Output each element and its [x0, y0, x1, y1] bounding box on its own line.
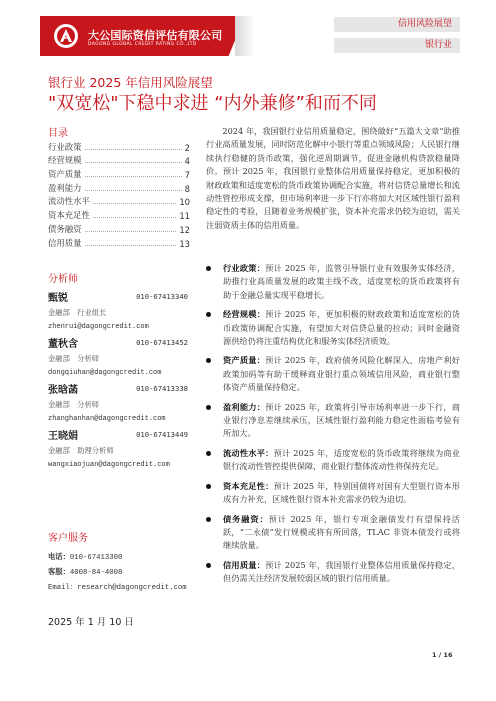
bullet-icon: [206, 405, 211, 410]
toc-label: 债务融资: [48, 223, 82, 235]
highlight-item: 资本充足性：预计 2025 年，特别国债将对国有大型银行资本形成有力补充，区域性…: [206, 480, 460, 507]
bullet-icon: [206, 451, 211, 456]
toc-item[interactable]: 行业政策2: [48, 139, 190, 153]
highlight-label: 资本充足性：: [223, 481, 274, 491]
analyst-card: 甄锐 010-67413340 金融部 行业组长 zhenrui@dagongc…: [48, 289, 188, 331]
analyst-card: 王晓娟 010-67413449 金融部 助理分析师 wangxiaojuan@…: [48, 427, 188, 469]
analyst-card: 董秋含 010-67413452 金融部 分析师 dongqiuhan@dago…: [48, 335, 188, 377]
bullet-icon: [206, 563, 211, 568]
toc-label: 行业政策: [48, 141, 82, 153]
highlight-item: 经营规模：预计 2025 年，更加积极的财政政策和适度宽松的货币政策协调配合实施…: [206, 308, 460, 348]
toc-page: 10: [179, 197, 190, 207]
highlight-label: 经营规模：: [223, 309, 265, 319]
highlight-label: 信用质量：: [223, 560, 265, 570]
company-name-cn: 大公国际资信评估有限公司: [88, 27, 222, 43]
toc-item[interactable]: 资产质量7: [48, 166, 190, 180]
toc-item[interactable]: 债务融资12: [48, 221, 190, 235]
highlight-item: 行业政策：预计 2025 年，监管引导银行业有效服务实体经济，助推行业高质量发展…: [206, 262, 460, 302]
toc-label: 盈利能力: [48, 182, 82, 194]
intro-paragraph: 2024 年，我国银行业信用质量稳定，围绕做好“五篇大文章”助推行业高质量发展，…: [206, 125, 460, 232]
toc-page: 8: [185, 184, 190, 194]
toc-item[interactable]: 流动性水平10: [48, 194, 190, 208]
toc-item[interactable]: 资本充足性11: [48, 207, 190, 221]
report-title: "双宽松"下稳中求进 “内外兼修”和而不同: [48, 89, 377, 115]
analyst-dept: 金融部 助理分析师: [48, 446, 188, 456]
analyst-name: 王晓娟: [48, 427, 78, 442]
analyst-dept: 金融部 行业组长: [48, 308, 188, 318]
service-hotline-row: 客服：4008-84-4008: [48, 565, 187, 580]
toc-page: 7: [185, 170, 190, 180]
toc-leader: [85, 231, 177, 232]
analyst-name: 董秋含: [48, 335, 78, 350]
highlight-label: 流动性水平：: [223, 448, 274, 458]
highlight-label: 资产质量：: [223, 355, 265, 365]
toc-leader: [93, 203, 176, 204]
analyst-phone: 010-67413338: [136, 384, 188, 393]
toc-label: 流动性水平: [48, 195, 90, 207]
toc-leader: [93, 217, 176, 218]
report-type-tag: 信用风险展望: [334, 17, 460, 32]
toc-leader: [85, 162, 182, 163]
analyst-dept: 金融部 分析师: [48, 400, 188, 410]
toc-item[interactable]: 经营规模4: [48, 153, 190, 167]
highlight-item: 流动性水平：预计 2025 年，适度宽松的货币政策将继续为商业银行流动性管控提供…: [206, 447, 460, 474]
highlight-label: 盈利能力：: [223, 402, 265, 412]
toc-page: 12: [179, 225, 190, 235]
toc-page: 13: [179, 239, 190, 249]
highlights-list: 行业政策：预计 2025 年，监管引导银行业有效服务实体经济，助推行业高质量发展…: [206, 262, 460, 592]
bullet-icon: [206, 312, 211, 317]
report-date: 2025 年 1 月 10 日: [48, 614, 134, 628]
banner-fade: [235, 16, 255, 56]
analyst-name: 张晗菡: [48, 381, 78, 396]
bullet-icon: [206, 484, 211, 489]
toc-leader: [85, 149, 182, 150]
analyst-email[interactable]: dongqiuhan@dagongcredit.com: [48, 369, 188, 377]
service-phone: 010-67413300: [70, 554, 123, 562]
toc-item[interactable]: 盈利能力8: [48, 180, 190, 194]
service-email[interactable]: research@dagongcredit.com: [77, 584, 186, 592]
toc-item[interactable]: 信用质量13: [48, 235, 190, 249]
analyst-dept: 金融部 分析师: [48, 354, 188, 364]
service-hotline: 4008-84-4008: [70, 569, 123, 577]
toc-label: 资本充足性: [48, 209, 90, 221]
industry-tag: 银行业: [334, 38, 460, 53]
email-label: Email：: [48, 584, 77, 592]
highlight-item: 资产质量：预计 2025 年，政府债务风险化解深入、房地产利好政策加码等有助于缓…: [206, 354, 460, 394]
toc-label: 资产质量: [48, 168, 82, 180]
analyst-phone: 010-67413449: [136, 430, 188, 439]
toc-leader: [85, 245, 177, 246]
hotline-label: 客服：: [48, 567, 70, 576]
toc-label: 信用质量: [48, 237, 82, 249]
highlight-label: 行业政策：: [223, 263, 265, 273]
highlight-item: 盈利能力：预计 2025 年，政策将引导市场利率进一步下行，商业银行净息差继续承…: [206, 401, 460, 441]
analyst-phone: 010-67413452: [136, 338, 188, 347]
analyst-email[interactable]: wangxiaojuan@dagongcredit.com: [48, 461, 188, 469]
company-name-en: DAGONG GLOBAL CREDIT RATING CO.,LTD: [88, 42, 197, 47]
customer-service-block: 电话：010-67413300 客服：4008-84-4008 Email：re…: [48, 550, 187, 595]
toc-page: 4: [185, 156, 190, 166]
analyst-email[interactable]: zhenrui@dagongcredit.com: [48, 323, 188, 331]
table-of-contents: 行业政策2 经营规模4 资产质量7 盈利能力8 流动性水平10 资本充足性11 …: [48, 139, 190, 249]
toc-page: 11: [179, 211, 190, 221]
analyst-name: 甄锐: [48, 289, 68, 304]
bullet-icon: [206, 266, 211, 271]
phone-label: 电话：: [48, 552, 70, 561]
toc-page: 2: [185, 143, 190, 153]
toc-heading: 目录: [48, 124, 68, 139]
highlight-item: 债务融资：预计 2025 年，银行专项金融债发行有望保持活跃，“二永债”发行规模…: [206, 513, 460, 553]
service-phone-row: 电话：010-67413300: [48, 550, 187, 565]
page-number: 1 / 16: [432, 651, 452, 659]
analysts-heading: 分析师: [48, 270, 78, 285]
toc-leader: [85, 176, 182, 177]
analyst-card: 张晗菡 010-67413338 金融部 分析师 zhanghanhan@dag…: [48, 381, 188, 423]
bullet-icon: [206, 517, 211, 522]
highlight-label: 债务融资：: [223, 514, 269, 524]
toc-leader: [85, 190, 182, 191]
bullet-icon: [206, 358, 211, 363]
customer-service-heading: 客户服务: [48, 529, 88, 544]
service-email-row: Email：research@dagongcredit.com: [48, 580, 187, 595]
analyst-email[interactable]: zhanghanhan@dagongcredit.com: [48, 415, 188, 423]
dagong-logo-icon: [54, 24, 78, 48]
toc-label: 经营规模: [48, 154, 82, 166]
analyst-phone: 010-67413340: [136, 292, 188, 301]
highlight-item: 信用质量：预计 2025 年，我国银行业整体信用质量保持稳定，但仍需关注经济发展…: [206, 559, 460, 586]
